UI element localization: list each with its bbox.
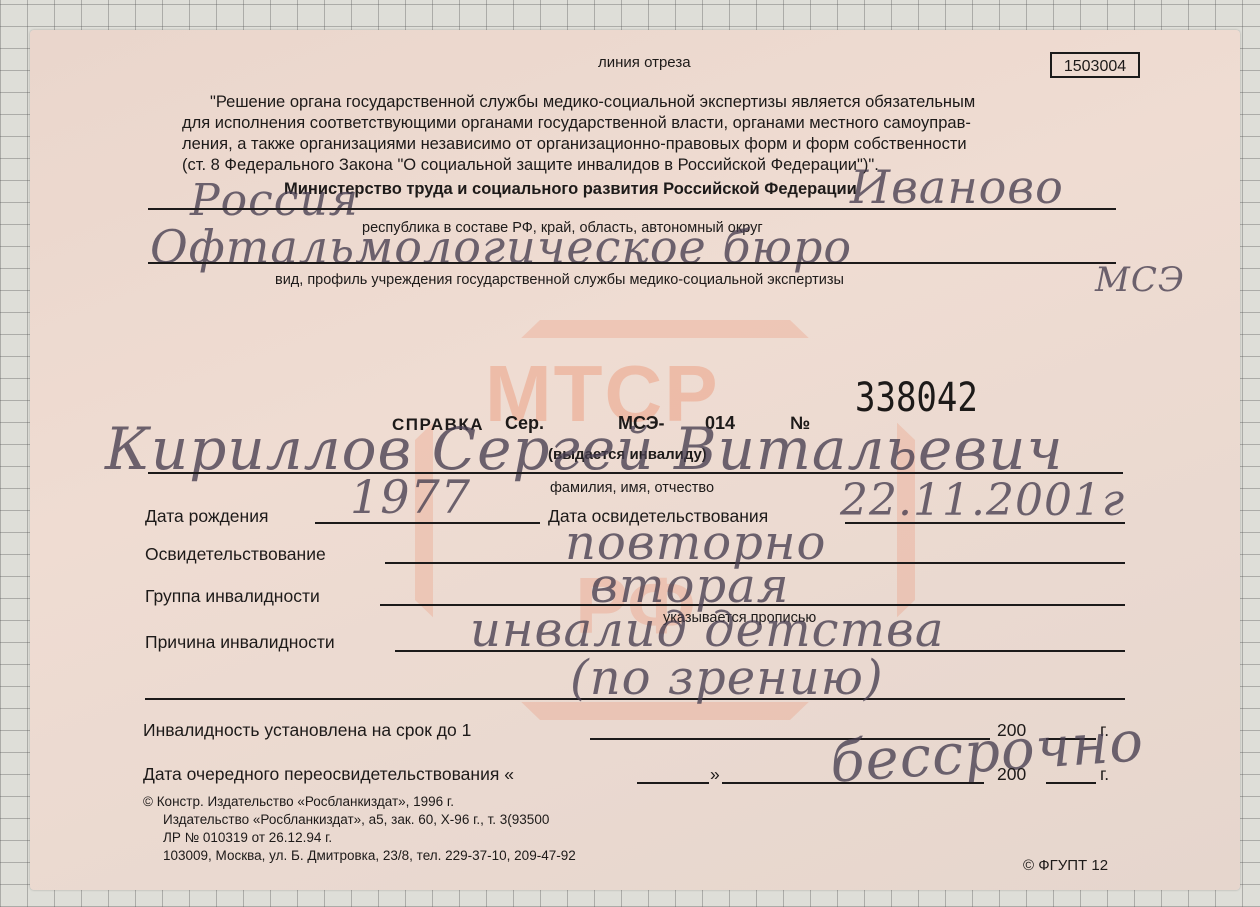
publisher-mark: © ФГУПТ 12: [1023, 857, 1108, 874]
reexam-day-line: [637, 782, 709, 784]
fio-caption: фамилия, имя, отчество: [550, 480, 714, 496]
reexam-year-prefix: 200: [997, 764, 1026, 785]
decree-line: для исполнения соответствующими органами…: [182, 113, 1152, 134]
fio-line: [148, 472, 1123, 474]
ministry-title: Министерство труда и социального развити…: [284, 180, 857, 199]
imprint-line: 103009, Москва, ул. Б. Дмитровка, 23/8, …: [143, 847, 576, 865]
handwritten-institution: Офтальмологическое бюро: [150, 220, 852, 274]
cause-label: Причина инвалидности: [145, 632, 335, 653]
handwritten-exam-date: 22.11.2001г: [840, 475, 1125, 526]
institution-line: [148, 262, 1116, 264]
examination-label: Освидетельствование: [145, 544, 326, 565]
handwritten-cause-2: (по зрению): [570, 650, 884, 706]
publisher-imprint: © Констр. Издательство «Росбланкиздат», …: [143, 793, 576, 865]
term-label: Инвалидность установлена на срок до 1: [143, 720, 471, 741]
institution-caption: вид, профиль учреждения государственной …: [275, 272, 844, 288]
decree-line: ления, а также организациями независимо …: [182, 134, 1152, 155]
handwritten-city: Иваново: [850, 160, 1064, 214]
birth-date-label: Дата рождения: [145, 506, 268, 527]
disability-certificate: МТСР РФ линия отреза 1503004 "Решение ор…: [30, 30, 1240, 890]
imprint-line: Издательство «Росбланкиздат», а5, зак. 6…: [143, 811, 576, 829]
form-code: 1503004: [1050, 52, 1140, 78]
reexam-quote-close: »: [710, 764, 720, 785]
region-line: [148, 208, 1116, 210]
reexam-label: Дата очередного переосвидетельствования …: [143, 764, 514, 785]
reexam-month-line: [722, 782, 984, 784]
handwritten-region: Россия: [190, 175, 359, 226]
imprint-line: © Констр. Издательство «Росбланкиздат», …: [143, 793, 576, 811]
reexam-year-line: [1046, 782, 1096, 784]
reexam-year-suffix: г.: [1100, 764, 1109, 785]
imprint-line: ЛР № 010319 от 26.12.94 г.: [143, 829, 576, 847]
cut-line-label: линия отреза: [598, 54, 691, 71]
group-label: Группа инвалидности: [145, 586, 320, 607]
handwritten-institution-suffix: МСЭ: [1095, 260, 1185, 300]
handwritten-birth-year: 1977: [350, 470, 471, 524]
decree-line: "Решение органа государственной службы м…: [182, 92, 1152, 113]
